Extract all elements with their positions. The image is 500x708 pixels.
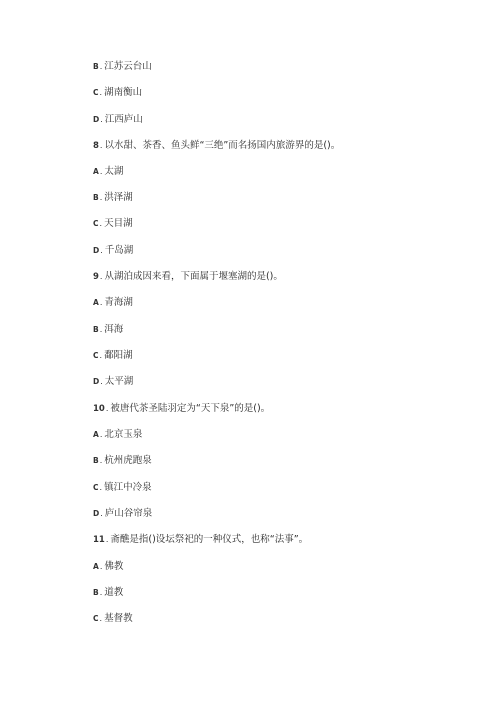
option-line: D.太平湖 <box>93 375 133 389</box>
option-line: C.基督教 <box>93 612 133 626</box>
question-number: 10 <box>93 404 105 414</box>
option-text: 杭州虎跑泉 <box>104 455 152 466</box>
option-text: 洱海 <box>104 324 123 335</box>
separator: . <box>100 219 103 228</box>
option-line: B.道教 <box>93 586 123 600</box>
option-text: 鄱阳湖 <box>104 350 133 361</box>
question-text: 以水甜、茶香、鱼头鲜“三绝”而名扬国内旅游界的是()。 <box>104 140 340 151</box>
option-marker: B <box>93 193 99 202</box>
option-text: 庐山谷帘泉 <box>105 508 153 519</box>
separator: . <box>106 404 109 413</box>
separator: . <box>100 456 103 465</box>
question-text: 从湖泊成因来看，下面属于堰塞湖的是()。 <box>104 271 282 282</box>
question-9: 9.从湖泊成因来看，下面属于堰塞湖的是()。 <box>93 270 283 284</box>
option-line: A.太湖 <box>93 165 123 179</box>
option-text: 青海湖 <box>104 297 133 308</box>
option-line: D.千岛湖 <box>93 244 133 258</box>
separator: . <box>100 88 103 97</box>
question-10: 10.被唐代茶圣陆羽定为“天下泉”的是()。 <box>93 402 270 416</box>
option-marker: A <box>93 562 99 571</box>
question-number: 11 <box>93 535 105 545</box>
separator: . <box>100 614 103 623</box>
option-marker: B <box>93 325 99 334</box>
option-marker: A <box>93 298 99 307</box>
option-text: 佛教 <box>104 561 123 572</box>
option-marker: D <box>93 509 99 518</box>
option-line: A.北京玉泉 <box>93 428 142 442</box>
option-line: C.镇江中冷泉 <box>93 481 152 495</box>
option-line: A.佛教 <box>93 560 123 574</box>
option-text: 道教 <box>104 587 123 598</box>
option-marker: C <box>93 614 99 623</box>
option-marker: A <box>93 430 99 439</box>
option-marker: D <box>93 377 99 386</box>
question-number: 8 <box>93 141 99 151</box>
option-text: 江西庐山 <box>105 114 143 125</box>
option-text: 北京玉泉 <box>104 429 142 440</box>
option-line: B.洪泽湖 <box>93 191 133 205</box>
option-text: 江苏云台山 <box>104 61 152 72</box>
question-number: 9 <box>93 272 99 282</box>
separator: . <box>100 298 103 307</box>
option-marker: C <box>93 219 99 228</box>
option-marker: D <box>93 115 99 124</box>
separator: . <box>100 351 103 360</box>
question-11: 11.斋醮是指()设坛祭祀的一种仪式，也称“法事”。 <box>93 533 308 547</box>
option-line: C.天目湖 <box>93 217 133 231</box>
separator: . <box>100 483 103 492</box>
option-line: B.洱海 <box>93 323 123 337</box>
separator: . <box>100 377 103 386</box>
option-marker: B <box>93 456 99 465</box>
option-text: 千岛湖 <box>105 245 134 256</box>
question-text: 斋醮是指()设坛祭祀的一种仪式，也称“法事”。 <box>110 534 308 545</box>
option-text: 太平湖 <box>105 376 134 387</box>
document-page: B.江苏云台山 C.湖南衡山 D.江西庐山 8.以水甜、茶香、鱼头鲜“三绝”而名… <box>0 0 500 708</box>
separator: . <box>100 193 103 202</box>
option-marker: C <box>93 88 99 97</box>
option-text: 太湖 <box>104 166 123 177</box>
option-line: C.湖南衡山 <box>93 86 142 100</box>
option-marker: D <box>93 246 99 255</box>
option-marker: C <box>93 483 99 492</box>
option-line: C.鄱阳湖 <box>93 349 133 363</box>
separator: . <box>100 167 103 176</box>
separator: . <box>100 562 103 571</box>
option-text: 镇江中冷泉 <box>104 482 152 493</box>
option-text: 洪泽湖 <box>104 192 133 203</box>
separator: . <box>100 115 103 124</box>
separator: . <box>100 272 103 281</box>
option-text: 湖南衡山 <box>104 87 142 98</box>
separator: . <box>100 430 103 439</box>
option-line: B.江苏云台山 <box>93 60 152 74</box>
option-line: A.青海湖 <box>93 296 133 310</box>
separator: . <box>100 141 103 150</box>
option-marker: B <box>93 588 99 597</box>
option-marker: C <box>93 351 99 360</box>
question-8: 8.以水甜、茶香、鱼头鲜“三绝”而名扬国内旅游界的是()。 <box>93 139 340 153</box>
separator: . <box>100 62 103 71</box>
question-text: 被唐代茶圣陆羽定为“天下泉”的是()。 <box>110 403 270 414</box>
separator: . <box>100 325 103 334</box>
option-marker: B <box>93 62 99 71</box>
separator: . <box>100 509 103 518</box>
separator: . <box>100 246 103 255</box>
separator: . <box>100 588 103 597</box>
separator: . <box>106 535 109 544</box>
option-text: 基督教 <box>104 613 133 624</box>
option-text: 天目湖 <box>104 218 133 229</box>
option-line: D.江西庐山 <box>93 113 143 127</box>
option-line: B.杭州虎跑泉 <box>93 454 152 468</box>
option-marker: A <box>93 167 99 176</box>
option-line: D.庐山谷帘泉 <box>93 507 152 521</box>
